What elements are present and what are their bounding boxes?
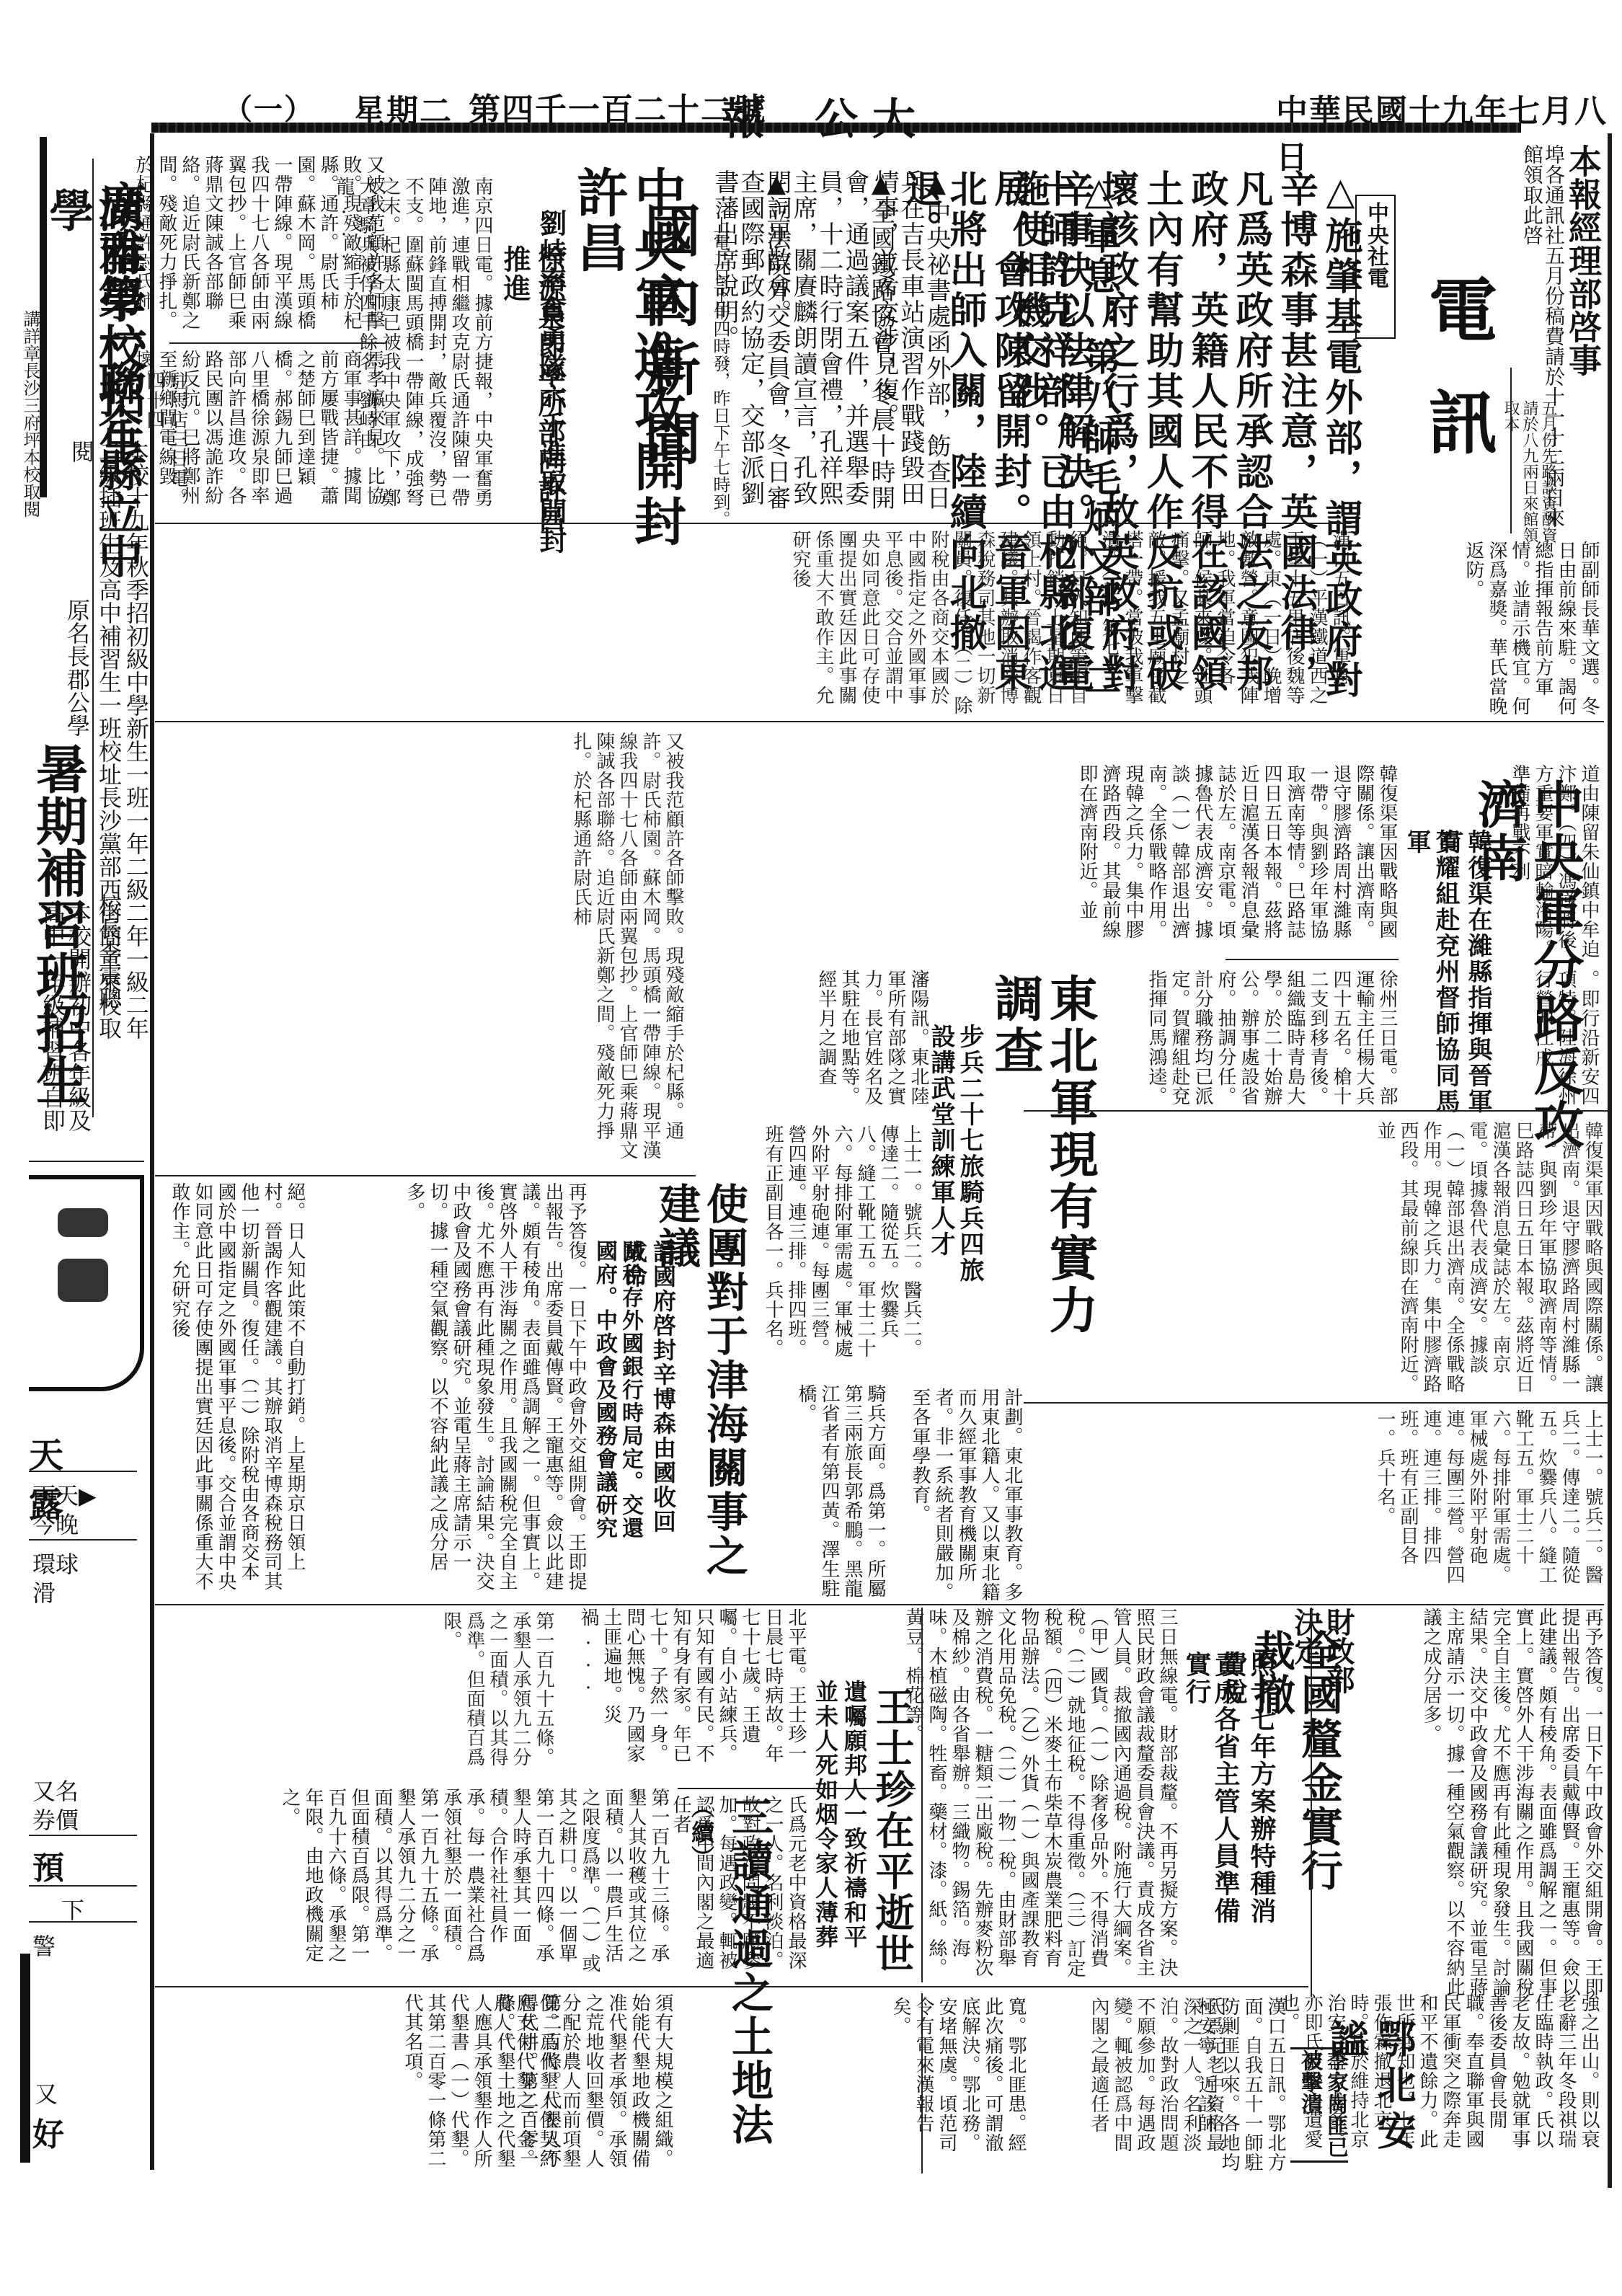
hubei-subhead: 李家崗匪已被擊潰 — [1290, 2047, 1348, 2163]
land-law-article-1: 第一百九十三條。承墾人其收穫或其位之面積。以一農戶生活之限度爲準。（一）或其之耕… — [556, 1788, 670, 1973]
wang-subhead-2: 並未人死如烟令家人薄葬 — [811, 1680, 840, 1982]
masthead-char-2: 公 — [815, 85, 858, 147]
likin-divider — [921, 1608, 923, 1982]
telegram-section-title: 電訊 — [1420, 274, 1495, 577]
envoy-analysis: 再予答復。一日下午中政會外交組開會。王即提出報告。出席委員戴傳賢。王寵惠等。僉以… — [310, 1182, 588, 1600]
northeast-body: 瀋陽訊。東北陸軍所有部隊之實力。長官姓名及其駐在地點等。經半月之調查 — [872, 970, 930, 1114]
masthead-char-1: 大 — [872, 85, 916, 147]
ad-divider — [92, 159, 94, 1117]
ad-rule — [29, 1161, 144, 1162]
jinan-band-text: 韓復渠軍因戰略與國際關係。讓出濟南。退守膠濟路周村濰縣一帶。與劉珍年軍協取濟南等… — [1024, 1121, 1604, 1399]
war-report-rule-1 — [169, 342, 386, 344]
jinan-side-note-1: 道由陳留朱仙鎮中牟迫汴鄭。（四）馮逆將後方重要軍實暗輸洛陽。準備再戰不利 — [1521, 764, 1600, 959]
telegram-footer: 上電二日下午四時發，昨日下午七時到。 — [710, 216, 730, 533]
mid-band-filler: 絕。日人知此策不自動打銷。上星期京日領上村。晉謁作客觀建議。其辦取消辛博森稅務司… — [159, 530, 1089, 717]
wang-subhead-1: 遺囑願邦人一致祈禱和平 — [840, 1680, 869, 1982]
left-mid-rule — [155, 1175, 696, 1176]
telegram-marker: ▲ — [762, 169, 791, 200]
ad-theater-line-4: 滑 — [32, 1575, 56, 1608]
ad-theater-rule-5 — [29, 1921, 137, 1923]
jinan-rule — [1226, 959, 1399, 960]
military-education-band: 上士一。號兵二。醫兵二。傳達二。隨從五。炊爨兵八。縫工靴工五。軍士二十六。每排附… — [1031, 1409, 1604, 1597]
domestic-dateline: 南京四日電 — [471, 177, 493, 274]
customs-divider — [1311, 1608, 1312, 1997]
land-law-tail: 須有大規模之組織。始能代墾地政機關備准代墾者承領。承領之荒地收回墾價。人分配於農… — [570, 1993, 674, 2173]
telegram-item-3: ▲中央祕書處函外部，飭查日兵在吉長車站演習作戰踐毀田情事，並希交涉見復。 — [898, 169, 949, 523]
domestic-body: 南京四日電。據前方捷報，中央軍奮勇激進，連戰相繼攻克尉氏通許陳留一帶陣地，前鋒直… — [389, 177, 494, 515]
masthead-rule — [151, 123, 1521, 133]
wang-rule — [678, 1788, 916, 1789]
land-law-rule — [155, 1986, 1308, 1987]
northeast-subhead-1: 步兵二十七旅騎兵四旅 — [955, 1024, 984, 1312]
wang-body: 北平電。王士珍一日晨七時病故。年七十七歲。王遺囑。自小站練兵。只知有國有民。不知… — [562, 1608, 807, 1781]
notice-divider — [1510, 368, 1512, 533]
ad-summer-school-body: 本校開辦初中各年級及高中一年級補習班自即 — [40, 901, 92, 1139]
ad-theater-line-2: 今晚 — [32, 1507, 79, 1540]
page-number: （一） — [223, 87, 314, 128]
likin-subhead-2: 責成各省主管人員準備實行 — [1182, 1651, 1240, 1932]
customs-analysis-right: 再予答復。一日下午中政會外交組開會。王即提出報告。出席委員戴傳賢。王寵惠等。僉以… — [1316, 1608, 1604, 1997]
land-law-articles-top: 第一百九十三條。承墾人其收穫或其位之面積。以一農戶生活之限度爲準。（一）或其之耕… — [166, 1788, 670, 1975]
ad-theater-line-10: 又 — [35, 2076, 58, 2109]
domestic-subhead-2: 徐源泉即率所部向許昌推進 — [497, 245, 567, 555]
torn-edge-lower — [20, 1954, 30, 2163]
jinan-band-rule-2 — [1024, 1402, 1608, 1404]
land-law-headline: 三讀通過之土地法（續） — [678, 1795, 773, 2170]
jinan-xuzhou: 徐州三日電。部運輸主任楊大兵四十五名。槍十二支到移青後。組織臨時青島大學。於二十… — [1226, 970, 1399, 1114]
telegram-marker: ▲ — [867, 169, 895, 200]
land-law-articles-bottom: 第二百條。代墾人不得代耕。第二百零一條。代墾土地之代墾人應具承領墾作人所代墾書（… — [166, 1993, 562, 2173]
page-border-right — [1608, 133, 1612, 2188]
ad-theater-rule-3 — [29, 1835, 137, 1836]
division-note: 師副師長華文選。冬日由前線來駐。謁何總指揮報告前方軍情。並請示機宜。何深爲嘉獎。… — [1355, 541, 1600, 721]
likin-body: 三日無線電。財部裁釐。不再另擬方案。決照民財政會議裁釐委員會決議。責成各省主管人… — [926, 1608, 1179, 1982]
northeast-subhead-2: 設講武堂訓練軍人才 — [926, 1024, 955, 1312]
ad-hunan-school-address: 講詳章長沙三府坪本校取閱 — [20, 310, 40, 598]
wang-tail-text: 氏爲元老中資格最深之一人。名利淡泊。故對政治問題不願參加。每遇政變。輒被認爲中間… — [1031, 1997, 1226, 2170]
lower-section-rule — [155, 1604, 1604, 1605]
page-border-left — [150, 133, 154, 2170]
jinan-side-note-2: 。即行沿新安四項特。陸海徐州行營叩江戌 — [1528, 970, 1600, 1114]
telegram-bottom-rule — [155, 721, 1604, 722]
hubei-body: 漢口五日訊。鄂北方面。自我五十一師駐防剿匪以來。各地均極安寧。近該師 — [1229, 1997, 1287, 2177]
mid-band-rule-top — [155, 523, 1352, 524]
war-report-para-1: 又被我范顧許各師擊敗。現殘敵縮手於杞縣。通許。尉氏柿園。蘇木岡。馬頭橋一帶陣線。… — [169, 155, 386, 339]
land-law-article-2: 第一百九十四條。承墾人時承墾其一面積。合作社社員作承。每一農業社合爲承領社墾於一… — [440, 1788, 554, 1963]
notice-aside: 五月份先路談資酬資請於八九兩日來館領取本 — [1514, 400, 1557, 551]
domestic-headline: 中央軍進攻開封許昌 — [570, 166, 685, 569]
ad-logo-block — [29, 1175, 144, 1391]
war-report-para-3: 駐馬店三日電。四十四 — [166, 371, 189, 515]
telegram-item-4: ▲全國鐵路協會，冬晨十時開會，通過議案五件，并選舉委員，十二時行閉會禮，孔祥熙主… — [793, 169, 894, 523]
hankou-report: 漢口五日訊。軍息（一）平漢鐵道西之王堂十五里店後魏等處。東（一日）晚增敵數營。意… — [1096, 530, 1352, 717]
ad-theater-line-11: 好 — [32, 2109, 64, 2155]
envoy-body-head: 關稅存外國銀行時局定。交還國府。中政會及國務會議研究 — [591, 1240, 643, 1557]
ad-theater-line-7: 預 — [32, 1842, 64, 1888]
land-law-title: 三讀通過之土地法 — [724, 1795, 774, 2147]
masthead-char-3: 報 — [721, 85, 764, 147]
ad-theater-line-9: 警 — [32, 1928, 56, 1962]
war-report-para-2: 馬孝瀛來見。比協商軍事甚詳。據聞前方屢戰皆捷。蕭之楚師巳到達穎橋。郝錫九師巳過八… — [177, 350, 386, 508]
land-law-cont: （續） — [688, 1795, 715, 1871]
ad-theater-rule-2 — [29, 1539, 137, 1541]
northeast-education: 計劃。東北軍事教育。多用東北籍人。又以東北籍而久經軍事教育機關所者。非一系統者則… — [894, 1388, 1024, 1604]
telegram-item-5: ▲立法院外交委員會，冬日審查國際郵政約協定，交部派劉書藩出席說明。 — [735, 169, 789, 523]
envoy-analysis-col-left: 絕。日人知此策不自動打銷。上星期京日領上村。晉謁作客觀建議。其辦取消辛博森稅務司… — [166, 1182, 306, 1600]
jinan-band-rule — [1024, 1110, 1608, 1112]
ad-guangya-principal: 校長李震聰 — [95, 894, 123, 1038]
jinan-subhead-2: 賀耀組赴兗州督師協同馬軍 — [1402, 829, 1460, 1132]
ad-column: 湖南第一聯合縣立中學 講詳章長沙三府坪本校取閱 廣雅學校招生 本校十九年秋季招初… — [0, 137, 148, 2170]
land-law-left-top: 第一百九十五條。承墾人承領九二分之一面積。以其得爲準。但面積百爲限。 — [166, 1611, 555, 1781]
telegram-marker: ▲ — [922, 169, 951, 200]
telegram-marker: △ — [1319, 169, 1362, 216]
wang-headline: 王士珍在平逝世 — [869, 1687, 916, 1975]
ad-theater-rule-4 — [29, 1885, 137, 1887]
jinan-body: 韓復渠軍因戰略與國際關係。讓出濟南。退守膠濟路周村濰縣一帶。與劉珍年軍協取濟南等… — [1226, 764, 1399, 955]
ad-theater-line-6: 券價 — [32, 1802, 79, 1835]
masthead: （一） 星期二 第四千一百二十二號 報 公 大 中華民國十九年七月八日 — [0, 0, 1622, 144]
ad-theater-rule — [29, 1471, 137, 1472]
ad-summer-school-org: 原名長郡公學 — [40, 598, 90, 743]
northeast-dateline: 瀋陽訊 — [908, 970, 929, 1028]
hubei-prev-2: 寬。鄂北匪患。經此次痛後。可謂澈底解決。鄂北務。安堵無虞。頃范司令有電來漢報告矣… — [926, 1997, 1027, 2170]
notice-title: 本報經理部啓事 — [1564, 144, 1602, 447]
telegram-marker: △ — [1077, 169, 1121, 216]
left-mid-band: 又被我范顧許各師擊敗。現殘敵縮手於杞縣。通許。尉氏柿園。蘇木岡。馬頭橋一帶陣線。… — [166, 732, 685, 1171]
